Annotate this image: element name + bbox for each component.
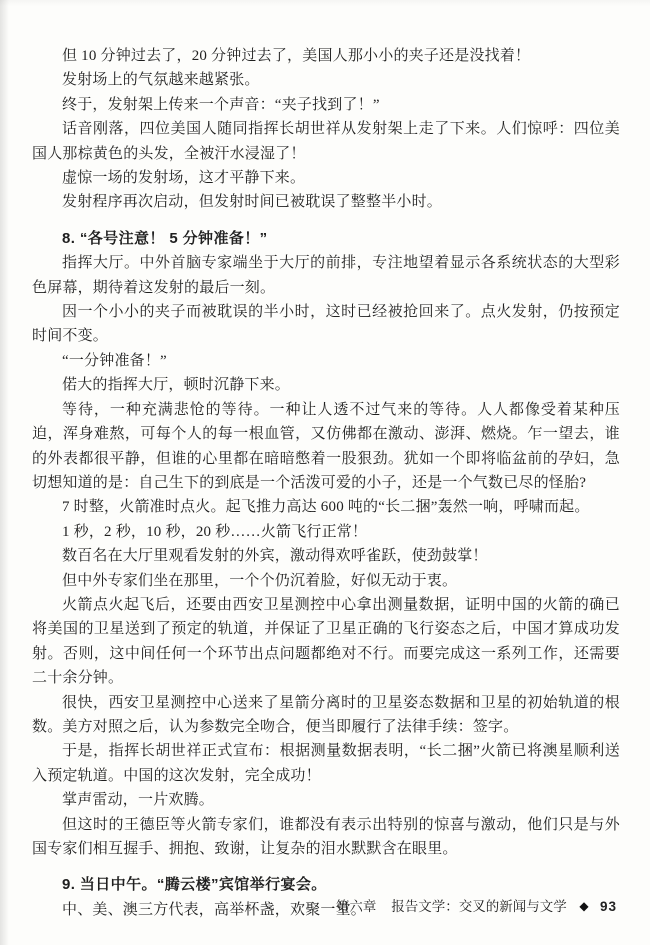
- book-page: 但 10 分钟过去了，20 分钟过去了，美国人那小小的夹子还是没找着！发射场上的…: [0, 0, 650, 945]
- paragraph: 火箭点火起飞后，还要由西安卫星测控中心拿出测量数据，证明中国的火箭的确已将美国的…: [32, 593, 620, 691]
- paragraph: 指挥大厅。中外首脑专家端坐于大厅的前排，专注地望着显示各系统状态的大型彩色屏幕，…: [32, 251, 620, 300]
- paragraph: 虚惊一场的发射场，这才平静下来。: [32, 166, 620, 190]
- paragraph: 数百名在大厅里观看发射的外宾，激动得欢呼雀跃，使劲鼓掌！: [32, 544, 620, 568]
- footer-chapter: 第六章: [336, 899, 377, 914]
- paragraph: 很快，西安卫星测控中心送来了星箭分离时的卫星姿态数据和卫星的初始轨道的根数。美方…: [32, 691, 620, 740]
- paragraph: “一分钟准备！”: [32, 349, 620, 373]
- paragraph: 1 秒，2 秒，10 秒，20 秒……火箭飞行正常！: [32, 520, 620, 544]
- paragraph: 7 时整，火箭准时点火。起飞推力高达 600 吨的“长二捆”轰然一响，呼啸而起。: [32, 495, 620, 519]
- text-block: 但 10 分钟过去了，20 分钟过去了，美国人那小小的夹子还是没找着！发射场上的…: [32, 44, 620, 922]
- section-heading: 8. “各号注意！ 5 分钟准备！”: [32, 227, 620, 251]
- footer-page-number: 93: [600, 899, 617, 914]
- paragraph: 偌大的指挥大厅，顿时沉静下来。: [32, 373, 620, 397]
- paragraph: 发射场上的气氛越来越紧张。: [32, 68, 620, 92]
- paragraph: 于是，指挥长胡世祥正式宣布：根据测量数据表明，“长二捆”火箭已将澳星顺利送入预定…: [32, 739, 620, 788]
- paragraph: 因一个小小的夹子而被耽误的半小时，这时已经被抢回来了。点火发射，仍按预定时间不变…: [32, 300, 620, 349]
- paragraph: 掌声雷动，一片欢腾。: [32, 788, 620, 812]
- footer-book-title: 报告文学：交叉的新闻与文学: [391, 899, 567, 914]
- paragraph: 等待，一种充满悲怆的等待。一种让人透不过气来的等待。人人都像受着某种压迫，浑身难…: [32, 398, 620, 496]
- section-heading: 9. 当日中午。“腾云楼”宾馆举行宴会。: [32, 873, 620, 897]
- paragraph: 但 10 分钟过去了，20 分钟过去了，美国人那小小的夹子还是没找着！: [32, 44, 620, 68]
- paragraph: 话音刚落，四位美国人随同指挥长胡世祥从发射架上走了下来。人们惊呼：四位美国人那棕…: [32, 117, 620, 166]
- page-footer: 第六章报告文学：交叉的新闻与文学◆93: [336, 897, 617, 917]
- paragraph: 终于，发射架上传来一个声音：“夹子找到了！”: [32, 93, 620, 117]
- paragraph: 但这时的王德臣等火箭专家们，谁都没有表示出特别的惊喜与激动，他们只是与外国专家们…: [32, 813, 620, 862]
- paragraph: 但中外专家们坐在那里，一个个仍沉着脸，好似无动于衷。: [32, 569, 620, 593]
- paragraph: 发射程序再次启动，但发射时间已被耽误了整整半小时。: [32, 190, 620, 214]
- diamond-icon: ◆: [579, 896, 588, 916]
